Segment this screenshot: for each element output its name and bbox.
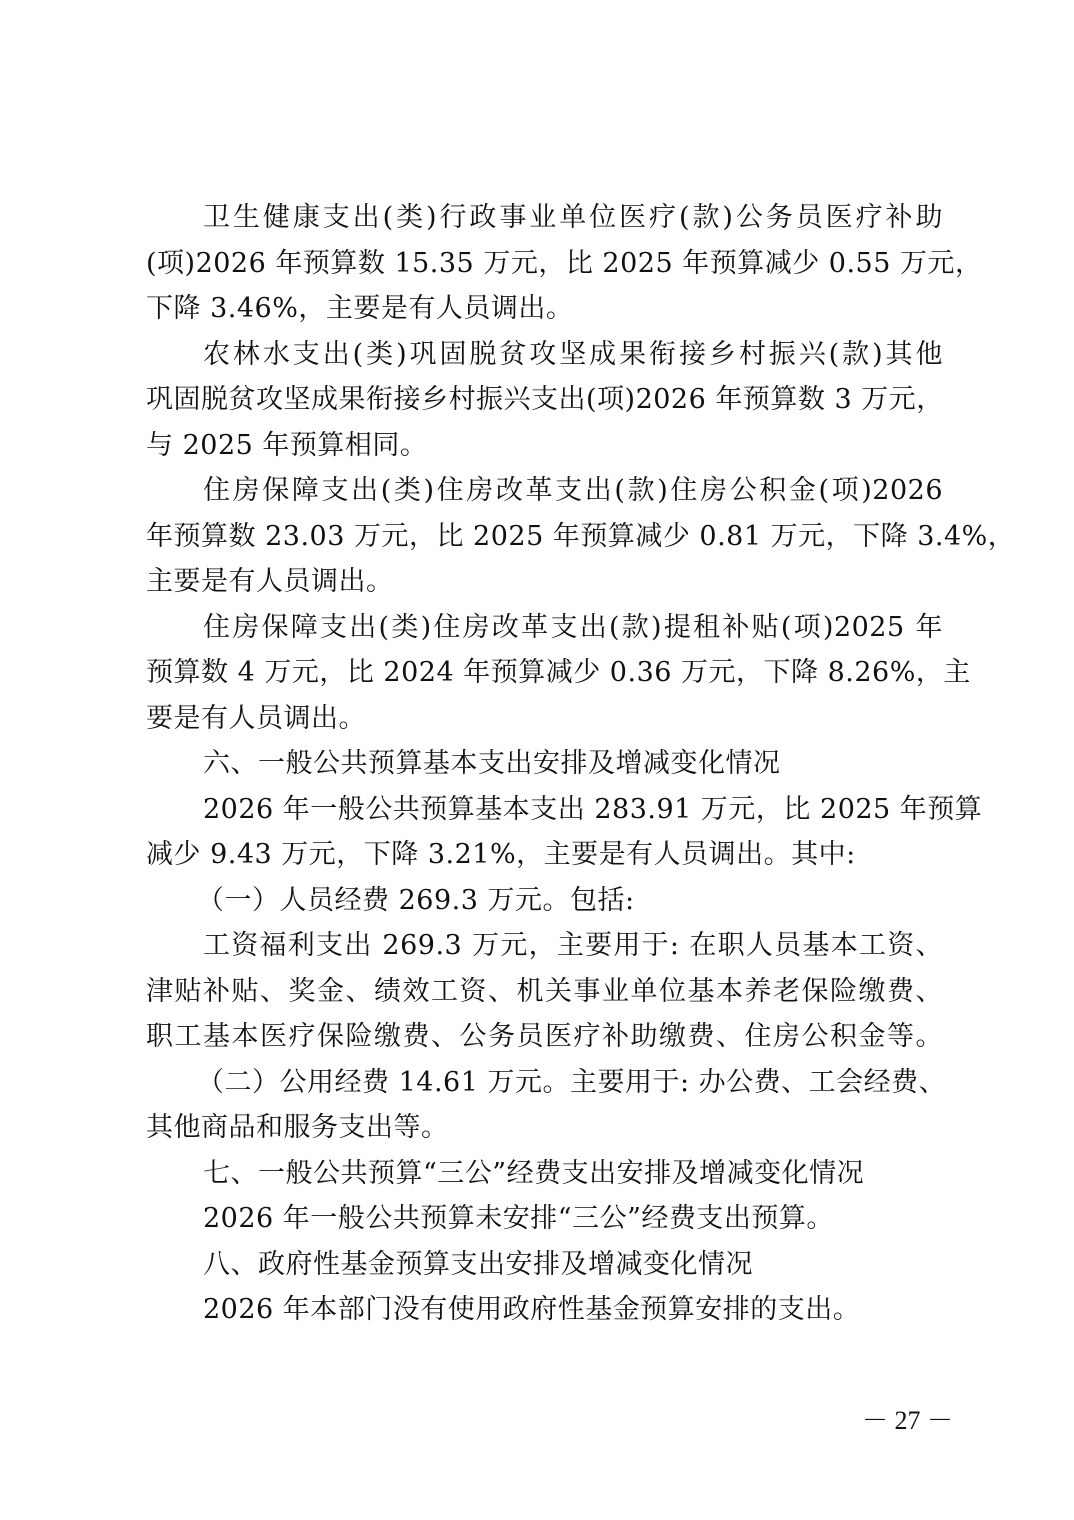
paragraph-line: 津贴补贴、奖金、绩效工资、机关事业单位基本养老保险缴费、 (146, 969, 943, 1015)
paragraph-line: 住房保障支出(类)住房改革支出(款)住房公积金(项)2026 (203, 468, 943, 514)
paragraph-line: 卫生健康支出(类)行政事业单位医疗(款)公务员医疗补助 (203, 195, 943, 241)
paragraph-line: 要是有人员调出。 (146, 696, 943, 742)
paragraph-line: 农林水支出(类)巩固脱贫攻坚成果衔接乡村振兴(款)其他 (203, 332, 943, 378)
paragraph-line: 住房保障支出(类)住房改革支出(款)提租补贴(项)2025 年 (203, 605, 943, 651)
paragraph-line: 2026 年本部门没有使用政府性基金预算安排的支出。 (203, 1287, 943, 1333)
page-number: － 27 － (862, 1401, 953, 1441)
paragraph-line: 其他商品和服务支出等。 (146, 1105, 943, 1151)
document-page: 卫生健康支出(类)行政事业单位医疗(款)公务员医疗补助 (项)2026 年预算数… (0, 0, 1074, 1520)
paragraph-line: 主要是有人员调出。 (146, 559, 943, 605)
sub-heading: （一）人员经费 269.3 万元。包括: (197, 878, 937, 924)
paragraph-line: 职工基本医疗保险缴费、公务员医疗补助缴费、住房公积金等。 (146, 1014, 943, 1060)
section-heading: 七、一般公共预算“三公”经费支出安排及增减变化情况 (203, 1151, 943, 1197)
paragraph-line: 年预算数 23.03 万元，比 2025 年预算减少 0.81 万元，下降 3.… (146, 514, 943, 560)
paragraph-line: (项)2026 年预算数 15.35 万元，比 2025 年预算减少 0.55 … (146, 241, 943, 287)
paragraph-line: 与 2025 年预算相同。 (146, 423, 943, 469)
sub-heading: （二）公用经费 14.61 万元。主要用于: 办公费、工会经费、 (197, 1060, 943, 1106)
paragraph-line: 工资福利支出 269.3 万元，主要用于: 在职人员基本工资、 (203, 923, 943, 969)
paragraph-line: 减少 9.43 万元，下降 3.21%，主要是有人员调出。其中: (146, 832, 943, 878)
section-heading: 八、政府性基金预算支出安排及增减变化情况 (203, 1242, 943, 1288)
paragraph-line: 2026 年一般公共预算未安排“三公”经费支出预算。 (203, 1196, 943, 1242)
paragraph-line: 2026 年一般公共预算基本支出 283.91 万元，比 2025 年预算 (203, 787, 943, 833)
paragraph-line: 巩固脱贫攻坚成果衔接乡村振兴支出(项)2026 年预算数 3 万元， (146, 377, 943, 423)
section-heading: 六、一般公共预算基本支出安排及增减变化情况 (203, 741, 943, 787)
paragraph-line: 下降 3.46%，主要是有人员调出。 (146, 286, 943, 332)
paragraph-line: 预算数 4 万元，比 2024 年预算减少 0.36 万元，下降 8.26%，主 (146, 650, 943, 696)
